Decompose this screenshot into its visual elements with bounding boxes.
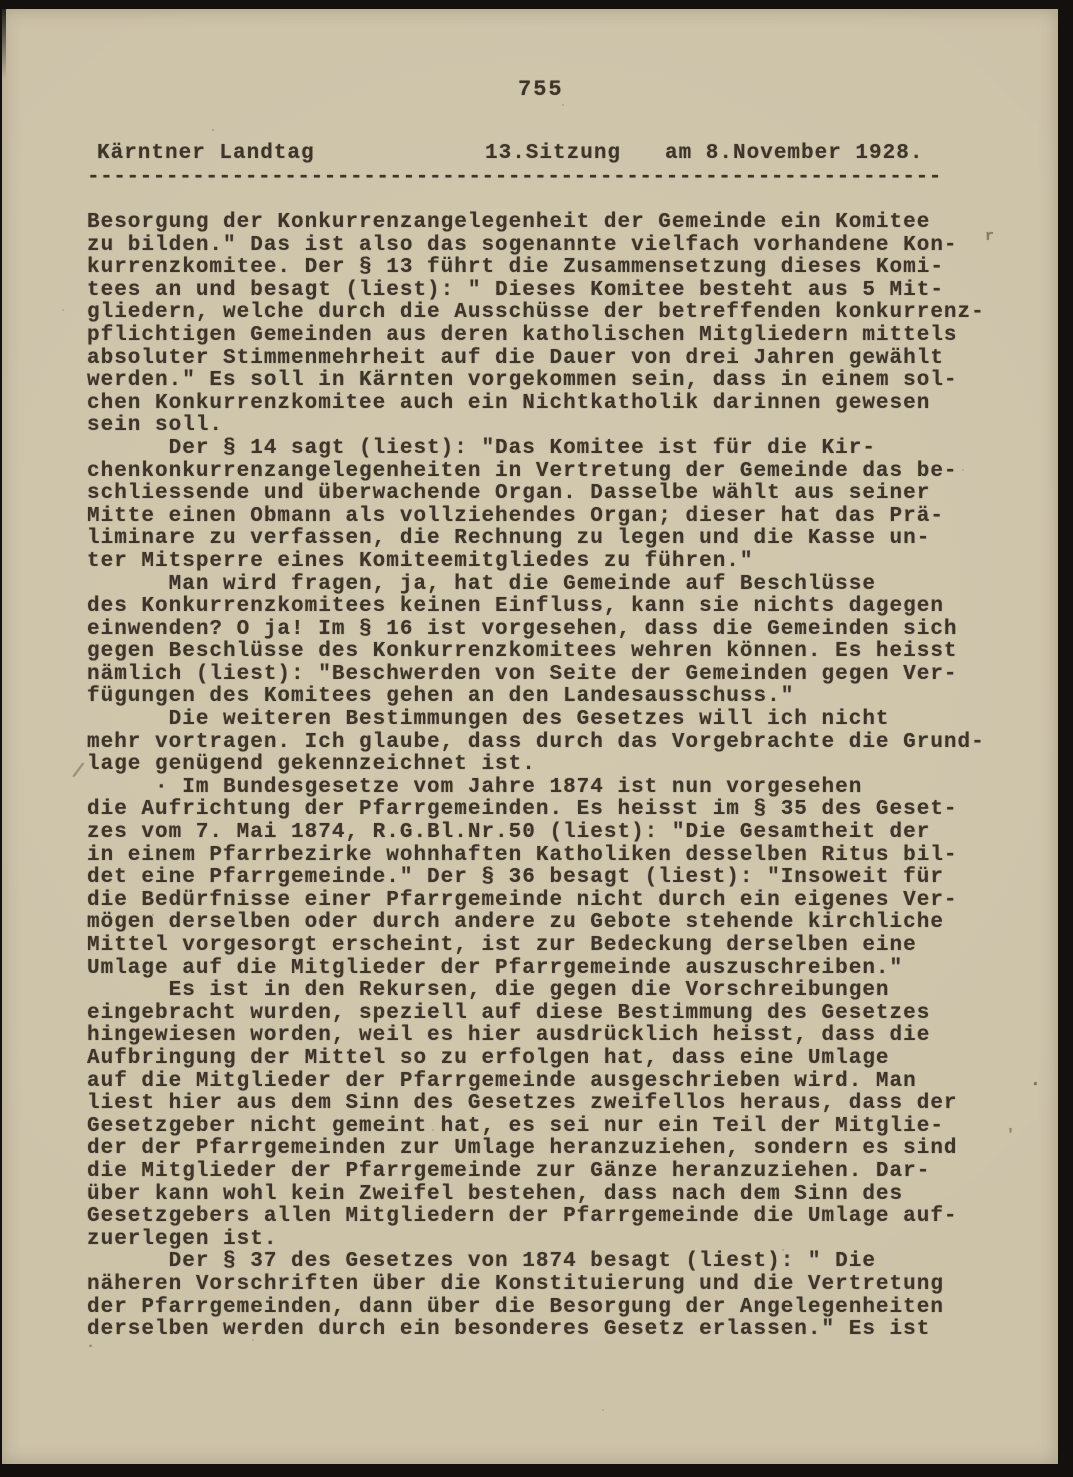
margin-mark: r: [985, 228, 994, 245]
header-session-number: 13.Sitzung: [485, 142, 621, 165]
header-divider-dashes: ----------------------------------------…: [87, 166, 977, 189]
header-parliament-title: Kärntner Landtag: [97, 142, 315, 165]
margin-mark: /: [70, 760, 85, 784]
paper-speckles: [2, 9, 4, 11]
paper-sheet: 755 Kärntner Landtag 13.Sitzung am 8.Nov…: [2, 9, 1058, 1464]
page-body-text: Besorgung der Konkurrenzangelegenheit de…: [87, 212, 985, 1342]
margin-mark: .: [1030, 1071, 1041, 1091]
margin-mark: .: [86, 1335, 95, 1352]
header-session-date: am 8.November 1928.: [665, 142, 923, 165]
page-number: 755: [518, 77, 564, 102]
scanned-page: 755 Kärntner Landtag 13.Sitzung am 8.Nov…: [0, 0, 1073, 1477]
margin-mark: ': [1006, 1127, 1015, 1144]
